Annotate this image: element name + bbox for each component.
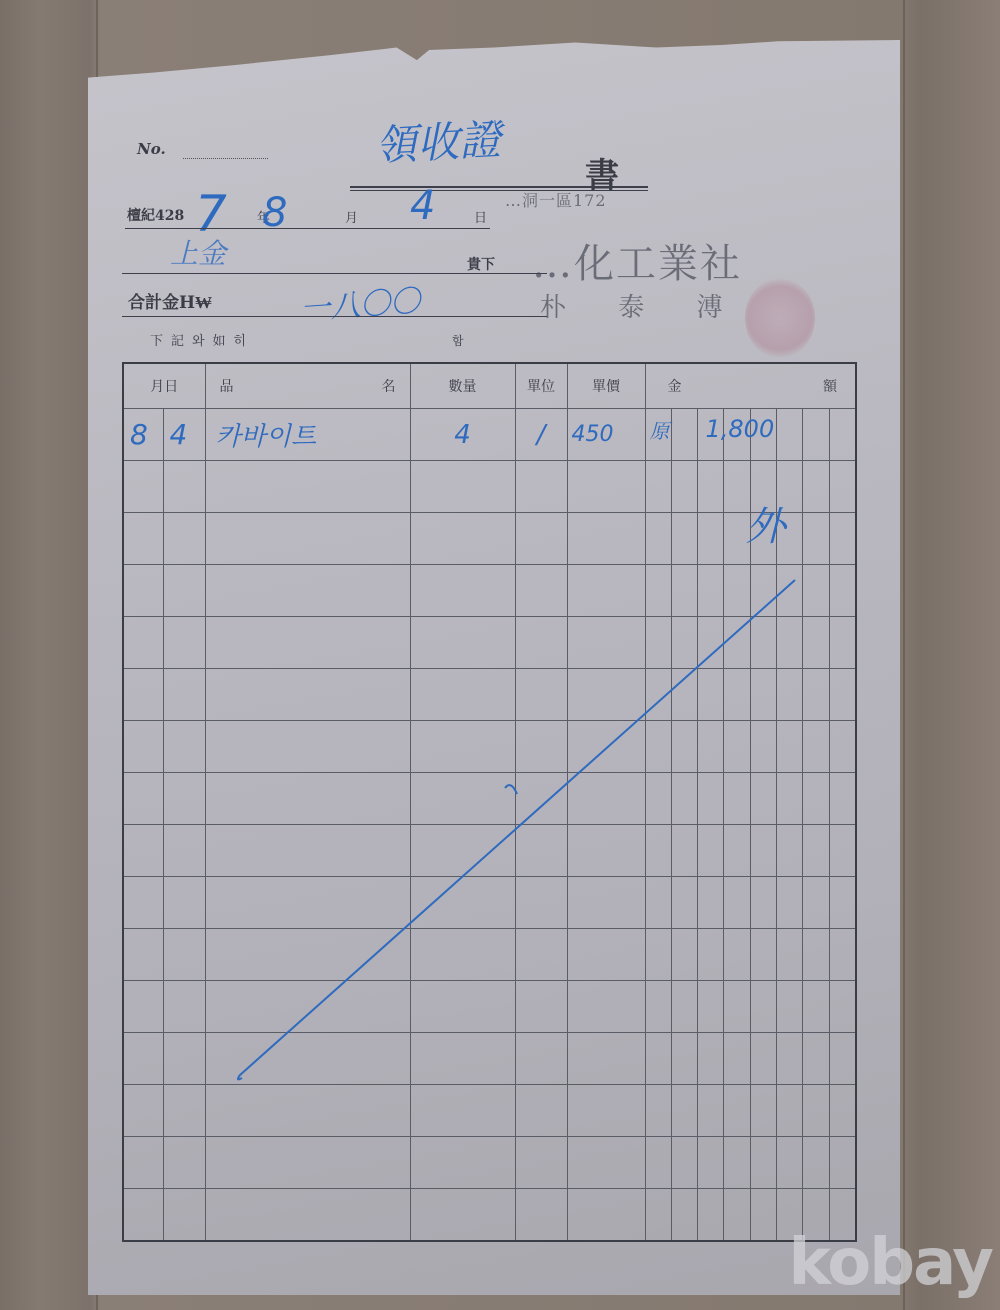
- diagonal-strike-line: [0, 0, 1000, 1310]
- watermark-logo: kobay: [788, 1226, 992, 1300]
